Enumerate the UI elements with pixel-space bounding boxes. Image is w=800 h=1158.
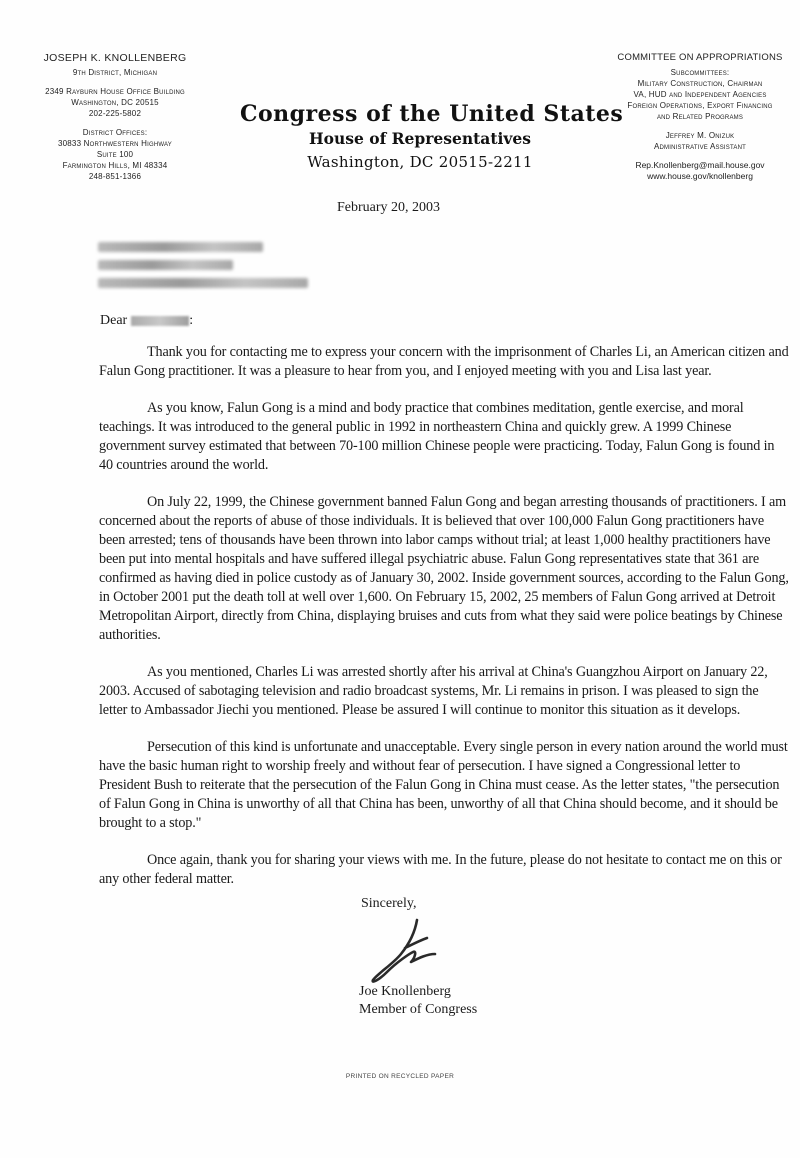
dc-office-address: 2349 Rayburn House Office Building Washi… [20,86,210,119]
body-paragraph: Persecution of this kind is unfortunate … [99,738,789,833]
letterhead-title: Congress of the United States [240,100,600,128]
signer-block: Joe Knollenberg Member of Congress [359,983,477,1019]
body-paragraph: Once again, thank you for sharing your v… [99,851,789,889]
subcommittees-label: Subcommittees: [600,67,800,78]
member-name: JOSEPH K. KNOLLENBERG [20,52,210,64]
closing: Sincerely, [361,896,416,912]
district-office-address: District Offices: 30833 Northwestern Hig… [20,127,210,182]
committee-name: COMMITTEE ON APPROPRIATIONS [600,52,800,63]
committee-block: COMMITTEE ON APPROPRIATIONS Subcommittee… [600,52,800,182]
letter-page: JOSEPH K. KNOLLENBERG 9th District, Mich… [0,0,800,1158]
district-offices-label: District Offices: [20,127,210,138]
letterhead-city: Washington, DC 20515-2211 [240,150,600,174]
recipient-address-redacted [98,242,308,296]
signer-title: Member of Congress [359,1001,477,1019]
subcommittee-item: and Related Programs [600,111,800,122]
redacted-line [98,278,308,288]
email-address: Rep.Knollenberg@mail.house.gov [600,160,800,171]
website: www.house.gov/knollenberg [600,171,800,182]
signer-name: Joe Knollenberg [359,983,477,1001]
body-paragraph: On July 22, 1999, the Chinese government… [99,493,789,645]
recycled-paper-notice: PRINTED ON RECYCLED PAPER [0,1073,800,1080]
letter-date: February 20, 2003 [337,200,440,216]
staff-title: Administrative Assistant [600,141,800,152]
redacted-recipient-name [131,316,189,326]
body-paragraph: As you know, Falun Gong is a mind and bo… [99,399,789,475]
staff-name: Jeffrey M. Onizuk [600,130,800,141]
subcommittee-item: Foreign Operations, Export Financing [600,100,800,111]
body-paragraph: Thank you for contacting me to express y… [99,343,789,381]
letter-body: Thank you for contacting me to express y… [99,343,789,907]
letterhead-subtitle: House of Representatives [240,128,600,150]
subcommittee-item: Military Construction, Chairman [600,78,800,89]
member-district: 9th District, Michigan [20,67,210,78]
member-contact-block: JOSEPH K. KNOLLENBERG 9th District, Mich… [20,52,210,182]
salutation: Dear: [100,313,193,329]
redacted-line [98,242,263,252]
body-paragraph: As you mentioned, Charles Li was arreste… [99,663,789,720]
subcommittee-item: VA, HUD and Independent Agencies [600,89,800,100]
letterhead-title-block: Congress of the United States House of R… [240,100,600,174]
redacted-line [98,260,233,270]
signature-icon [365,918,465,988]
